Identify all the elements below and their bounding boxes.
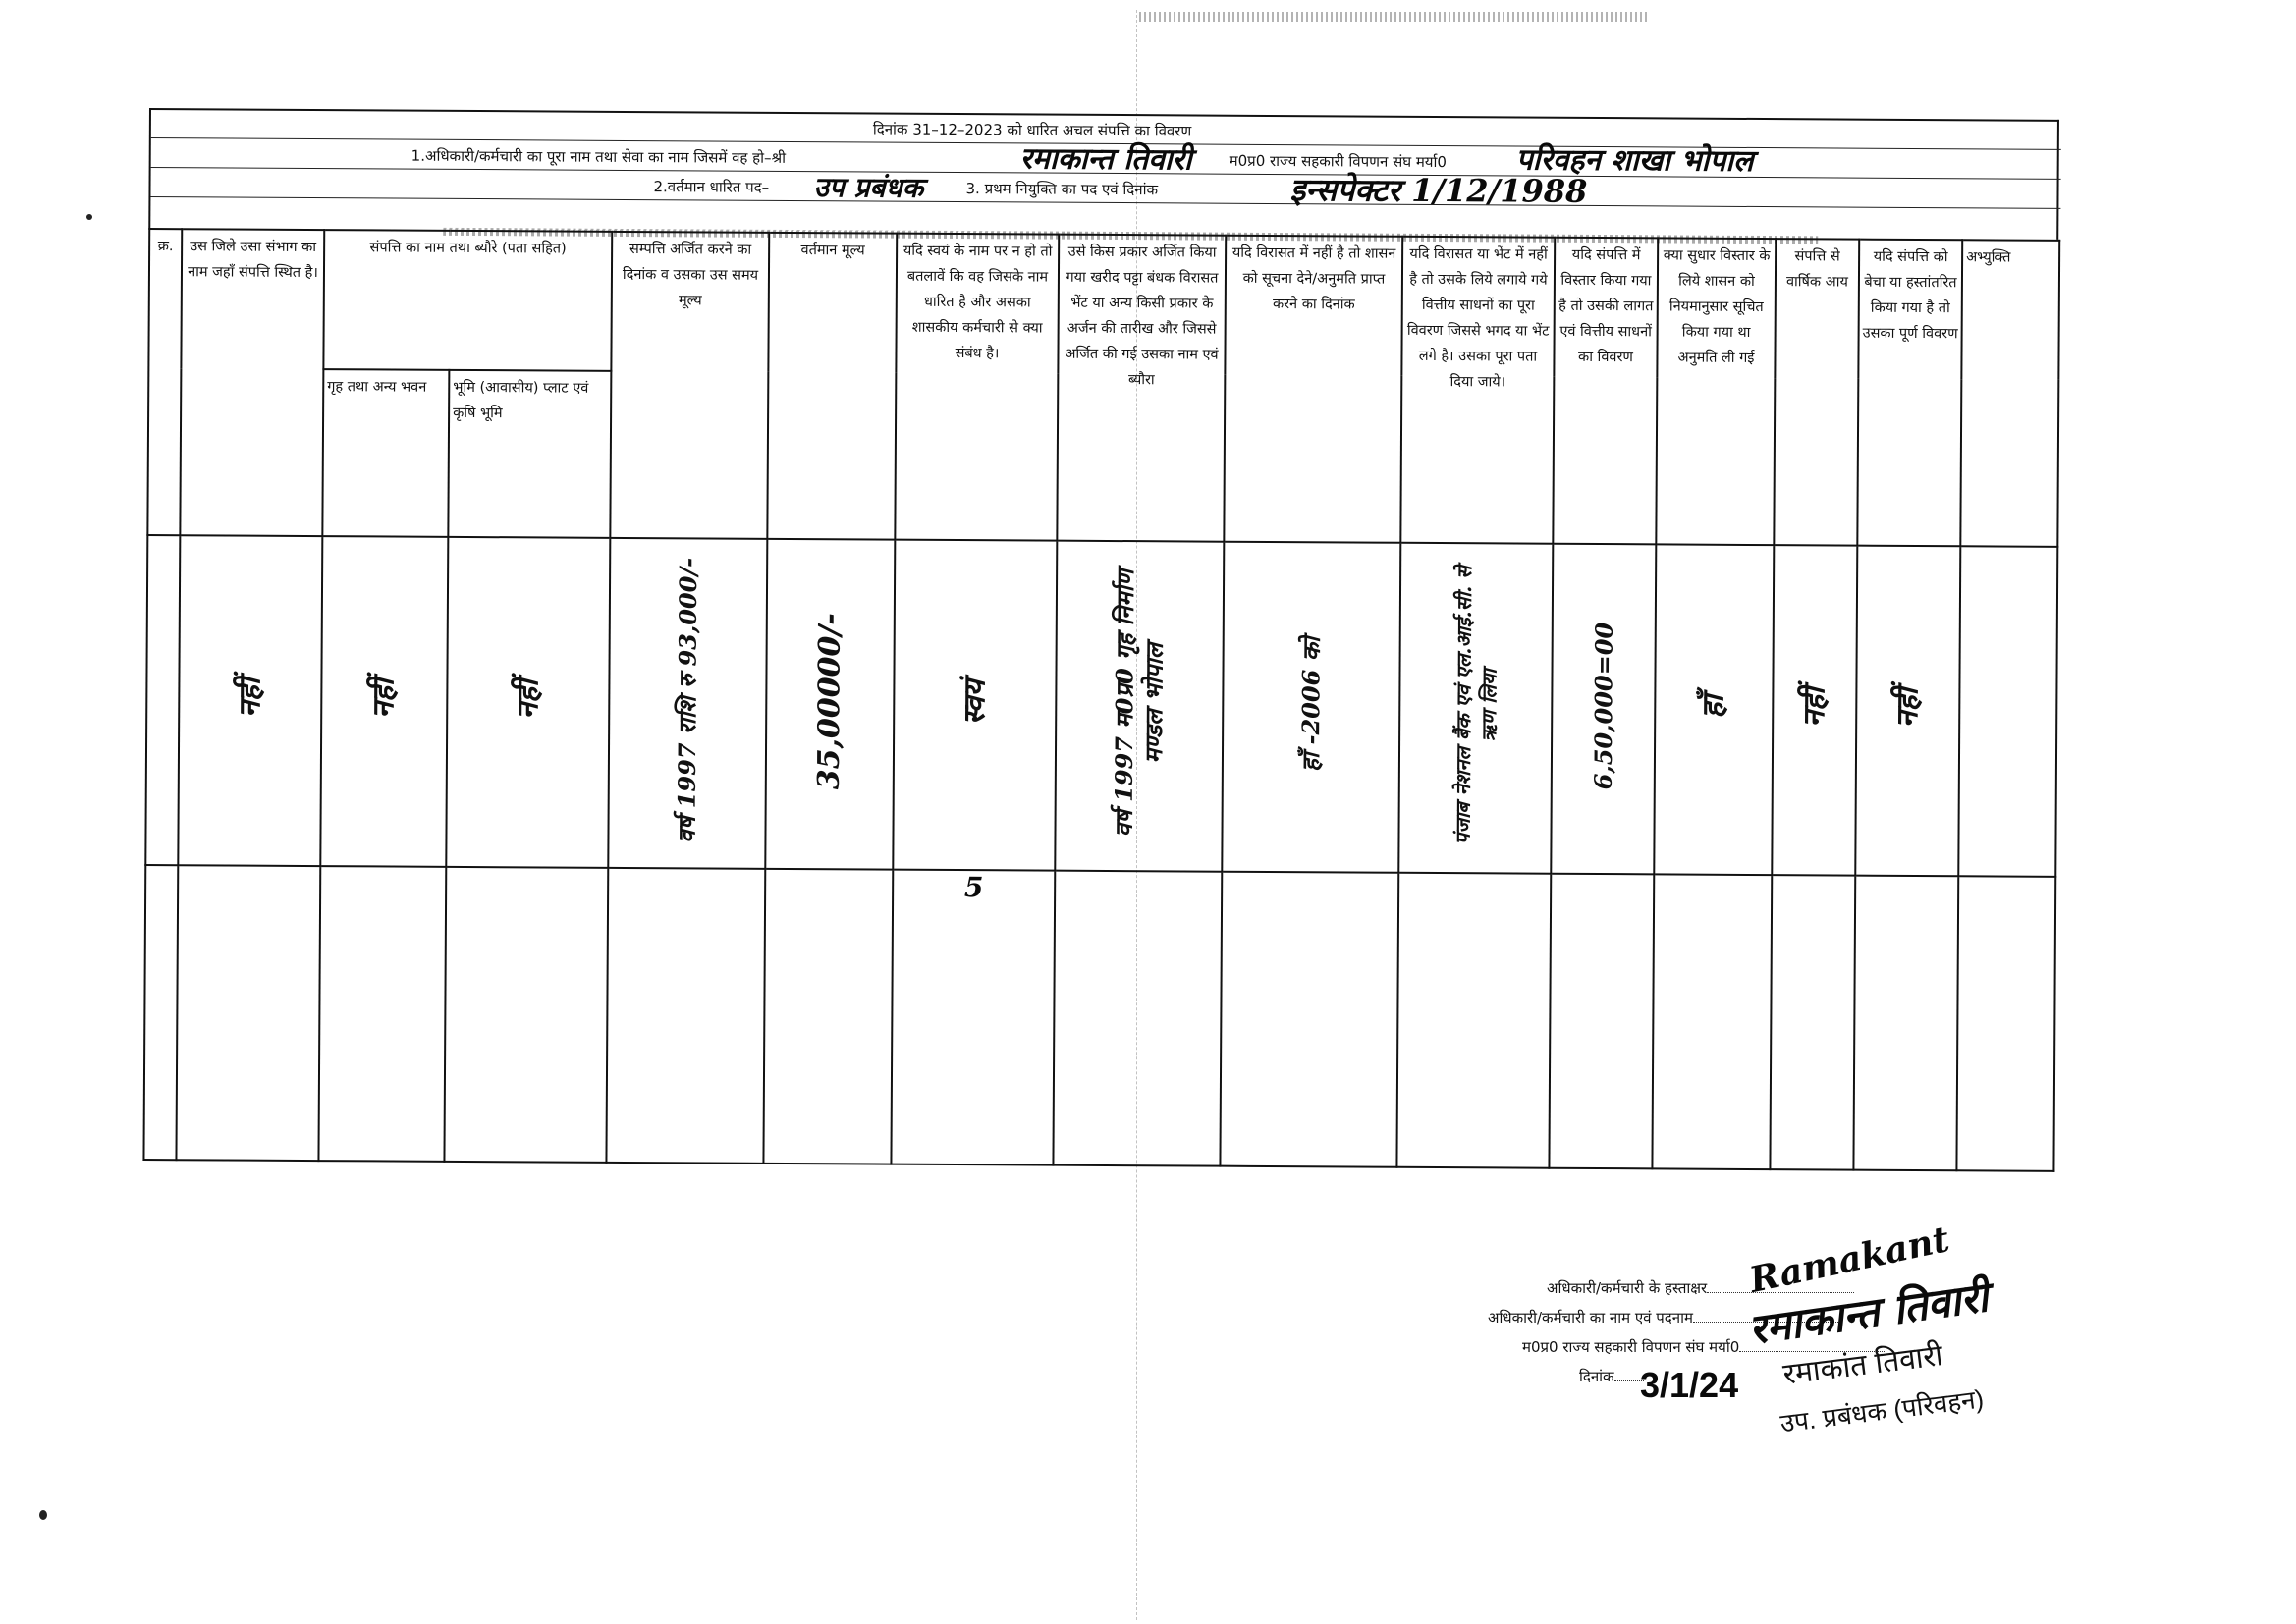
scan-speck bbox=[86, 214, 92, 220]
asset-table: क्र. उस जिले उसा संभाग का नाम जहाँ संपत्… bbox=[142, 228, 2060, 1172]
cell-empty bbox=[176, 865, 320, 1161]
cell-empty bbox=[1770, 875, 1855, 1170]
cell-empty bbox=[1396, 873, 1551, 1168]
officer-name-label: 1.अधिकारी/कर्मचारी का पूरा नाम तथा सेवा … bbox=[411, 146, 786, 168]
col-header-income: संपत्ति से वार्षिक आय bbox=[1774, 239, 1859, 546]
col-header-how-acquired: उसे किस प्रकार अर्जित किया गया खरीद पट्ट… bbox=[1057, 235, 1226, 542]
handwritten-mark: 5 bbox=[964, 871, 984, 903]
col-header-sno: क्र. bbox=[147, 229, 182, 535]
cell-extension: 6,50,000=00 bbox=[1551, 544, 1656, 875]
cell-sno bbox=[145, 535, 180, 865]
cell-empty-mark: 5 bbox=[891, 870, 1055, 1165]
signature-block: अधिकारी/कर्मचारी के हस्ताक्षर Ramakant अ… bbox=[1473, 1227, 2219, 1483]
handwritten-text: नहीं bbox=[1796, 687, 1833, 728]
cell-district: नहीं bbox=[178, 535, 322, 866]
table-row-empty: 5 bbox=[143, 865, 2055, 1171]
handwritten-text: वर्ष 1997 राशि रु 93,000/- bbox=[672, 558, 703, 843]
cell-income: नहीं bbox=[1772, 545, 1857, 876]
cell-empty bbox=[1956, 876, 2055, 1171]
cell-empty bbox=[1549, 874, 1654, 1169]
current-post-label: 2.वर्तमान धारित पद– bbox=[653, 177, 769, 197]
cell-empty bbox=[444, 867, 608, 1163]
cell-permission: हाँ bbox=[1654, 544, 1774, 875]
cell-current-value: 35,00000/- bbox=[765, 539, 895, 870]
handwritten-text: पंजाब नेशनल बैंक एवं एल.आई.सी. से ऋण लिय… bbox=[1449, 558, 1503, 852]
asset-form: दिनांक 31–12–2023 को धारित अचल संपत्ति क… bbox=[142, 108, 2059, 1176]
col-header-permission: क्या सुधार विस्तार के लिये शासन को नियमा… bbox=[1656, 238, 1776, 545]
current-post-value: उप प्रबंधक bbox=[813, 168, 923, 206]
col-header-district: उस जिले उसा संभाग का नाम जहाँ संपत्ति स्… bbox=[180, 229, 324, 536]
handwritten-text: नहीं bbox=[1889, 688, 1927, 729]
scanned-page: दिनांक 31–12–2023 को धारित अचल संपत्ति क… bbox=[0, 0, 2296, 1624]
col-header-current-value: वर्तमान मूल्य bbox=[767, 233, 897, 540]
cell-empty bbox=[1053, 871, 1222, 1166]
col-header-finance: यदि विरासत या भेंट में नहीं है तो उसके ल… bbox=[1400, 237, 1555, 544]
first-appointment-value: इन्सपेक्टर 1/12/1988 bbox=[1289, 168, 1587, 212]
handwritten-text: नहीं bbox=[510, 679, 547, 720]
handwritten-text: हाँ bbox=[1695, 695, 1732, 719]
cell-empty bbox=[318, 866, 446, 1162]
handwritten-text: हाँ -2006 को bbox=[1296, 637, 1327, 772]
table-row: नहीं नहीं नहीं वर्ष 1997 राशि रु 93,000/… bbox=[145, 535, 2057, 877]
handwritten-text: नहीं bbox=[232, 677, 269, 718]
officer-name-value: रमाकान्त तिवारी bbox=[1020, 136, 1192, 178]
cell-land: नहीं bbox=[446, 537, 610, 868]
col-header-property: संपत्ति का नाम तथा ब्यौरे (पता सहित) bbox=[323, 230, 612, 371]
cell-acquired: वर्ष 1997 राशि रु 93,000/- bbox=[608, 538, 767, 869]
handwritten-text: 6,50,000=00 bbox=[1588, 623, 1618, 790]
cell-house: नहीं bbox=[320, 536, 448, 867]
date-label: दिनांक bbox=[1579, 1367, 1644, 1386]
cell-intimation: हाँ -2006 को bbox=[1222, 542, 1400, 873]
cell-empty bbox=[1652, 874, 1772, 1169]
cell-empty bbox=[606, 868, 765, 1164]
scan-speck bbox=[39, 1510, 47, 1520]
cell-remarks bbox=[1958, 546, 2057, 877]
col-header-transfer: यदि संपत्ति को बेचा या हस्तांतरित किया ग… bbox=[1857, 240, 1962, 547]
col-header-remarks: अभ्युक्ति bbox=[1960, 240, 2059, 547]
cell-empty bbox=[1853, 876, 1958, 1171]
form-header: दिनांक 31–12–2023 को धारित अचल संपत्ति क… bbox=[148, 108, 2059, 240]
handwritten-text: नहीं bbox=[365, 678, 403, 719]
first-appointment-label: 3. प्रथम नियुक्ति का पद एवं दिनांक bbox=[965, 179, 1158, 199]
cell-empty bbox=[763, 869, 893, 1164]
date-value: 3/1/24 bbox=[1640, 1365, 1738, 1406]
cell-empty bbox=[143, 865, 178, 1160]
col-header-holder: यदि स्वयं के नाम पर न हो तो बतलावें कि व… bbox=[895, 234, 1059, 541]
col-header-acquired: सम्पत्ति अर्जित करने का दिनांक व उसका उस… bbox=[610, 232, 769, 539]
cell-holder: स्वयं bbox=[893, 540, 1057, 871]
col-header-extension: यदि संपत्ति में विस्तार किया गया है तो उ… bbox=[1553, 238, 1658, 545]
cell-transfer: नहीं bbox=[1855, 546, 1960, 877]
cell-empty bbox=[1220, 872, 1398, 1167]
cell-how-acquired: वर्ष 1997 म0प्र0 गृह निर्माण मण्डल भोपाल bbox=[1055, 541, 1224, 872]
col-header-intimation: यदि विरासत में नहीं है तो शासन को सूचना … bbox=[1224, 236, 1402, 543]
handwritten-text: वर्ष 1997 म0प्र0 गृह निर्माण मण्डल भोपाल bbox=[1109, 556, 1170, 850]
handwritten-text: स्वयं bbox=[957, 679, 994, 725]
subheader-land: भूमि (आवासीय) प्लाट एवं कृषि भूमि bbox=[448, 370, 611, 538]
cell-finance: पंजाब नेशनल बैंक एवं एल.आई.सी. से ऋण लिय… bbox=[1398, 543, 1553, 874]
scan-artifact bbox=[1139, 12, 1650, 22]
handwritten-text: 35,00000/- bbox=[811, 613, 849, 789]
subheader-house: गृह तथा अन्य भवन bbox=[322, 369, 449, 537]
